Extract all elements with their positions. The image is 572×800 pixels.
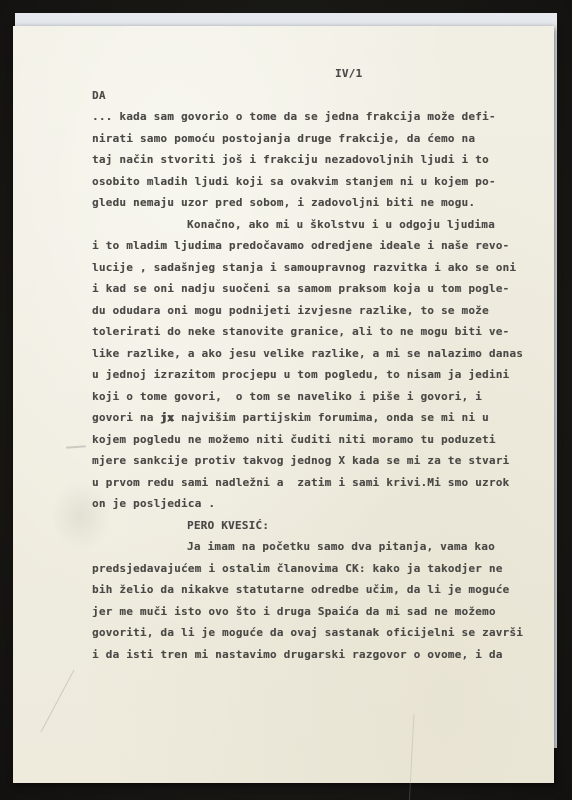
document-photo: IV/1DA... kada sam govorio o tome da se …	[0, 0, 572, 800]
text-segment: govori na	[92, 411, 160, 424]
text-line: jer me muči isto ovo što i druga Spaića …	[92, 601, 532, 623]
text-line: gledu nemaju uzor pred sobom, i zadovolj…	[92, 192, 532, 214]
text-line: nirati samo pomoću postojanja druge frak…	[92, 128, 532, 150]
text-line: koji o tome govori, o tom se naveliko i …	[92, 386, 532, 408]
text-line: govori na jx najvišim partijskim forumim…	[92, 407, 532, 429]
text-line: du odudara oni mogu podnijeti izvjesne r…	[92, 300, 532, 322]
text-line: u jednoj izrazitom procjepu u tom pogled…	[92, 364, 532, 386]
text-line: i da isti tren mi nastavimo drugarski ra…	[92, 644, 532, 666]
text-line: ... kada sam govorio o tome da se jedna …	[92, 106, 532, 128]
text-line: taj način stvoriti još i frakciju nezado…	[92, 149, 532, 171]
text-line: govoriti, da li je moguće da ovaj sastan…	[92, 622, 532, 644]
text-line: lucije , sadašnjeg stanja i samoupravnog…	[92, 257, 532, 279]
crease-mark	[41, 670, 75, 732]
text-line: DA	[92, 85, 532, 107]
text-line: i kad se oni nadju suočeni sa samom prak…	[92, 278, 532, 300]
page-number: IV/1	[92, 63, 532, 85]
text-line: kojem pogledu ne možemo niti čuditi niti…	[92, 429, 532, 451]
typewritten-text-block: IV/1DA... kada sam govorio o tome da se …	[92, 63, 532, 665]
text-line: osobito mladih ljudi koji sa ovakvim sta…	[92, 171, 532, 193]
text-line: predsjedavajućem i ostalim članovima CK:…	[92, 558, 532, 580]
text-line: u prvom redu sami nadležni a zatim i sam…	[92, 472, 532, 494]
speaker-name: PERO KVESIĆ:	[92, 515, 532, 537]
text-line: i to mladim ljudima predočavamo odredjen…	[92, 235, 532, 257]
text-line: like razlike, a ako jesu velike razlike,…	[92, 343, 532, 365]
text-line: mjere sankcije protiv takvog jednog X ka…	[92, 450, 532, 472]
overstruck-word: jx	[160, 411, 174, 424]
text-line: Konačno, ako mi u školstvu i u odgoju lj…	[92, 214, 532, 236]
crease-mark	[409, 714, 415, 800]
text-line: on je posljedica .	[92, 493, 532, 515]
text-line: Ja imam na početku samo dva pitanja, vam…	[92, 536, 532, 558]
text-line: bih želio da nikakve statutarne odredbe …	[92, 579, 532, 601]
text-line: tolerirati do neke stanovite granice, al…	[92, 321, 532, 343]
text-segment: najvišim partijskim forumima, onda se mi…	[174, 411, 489, 424]
